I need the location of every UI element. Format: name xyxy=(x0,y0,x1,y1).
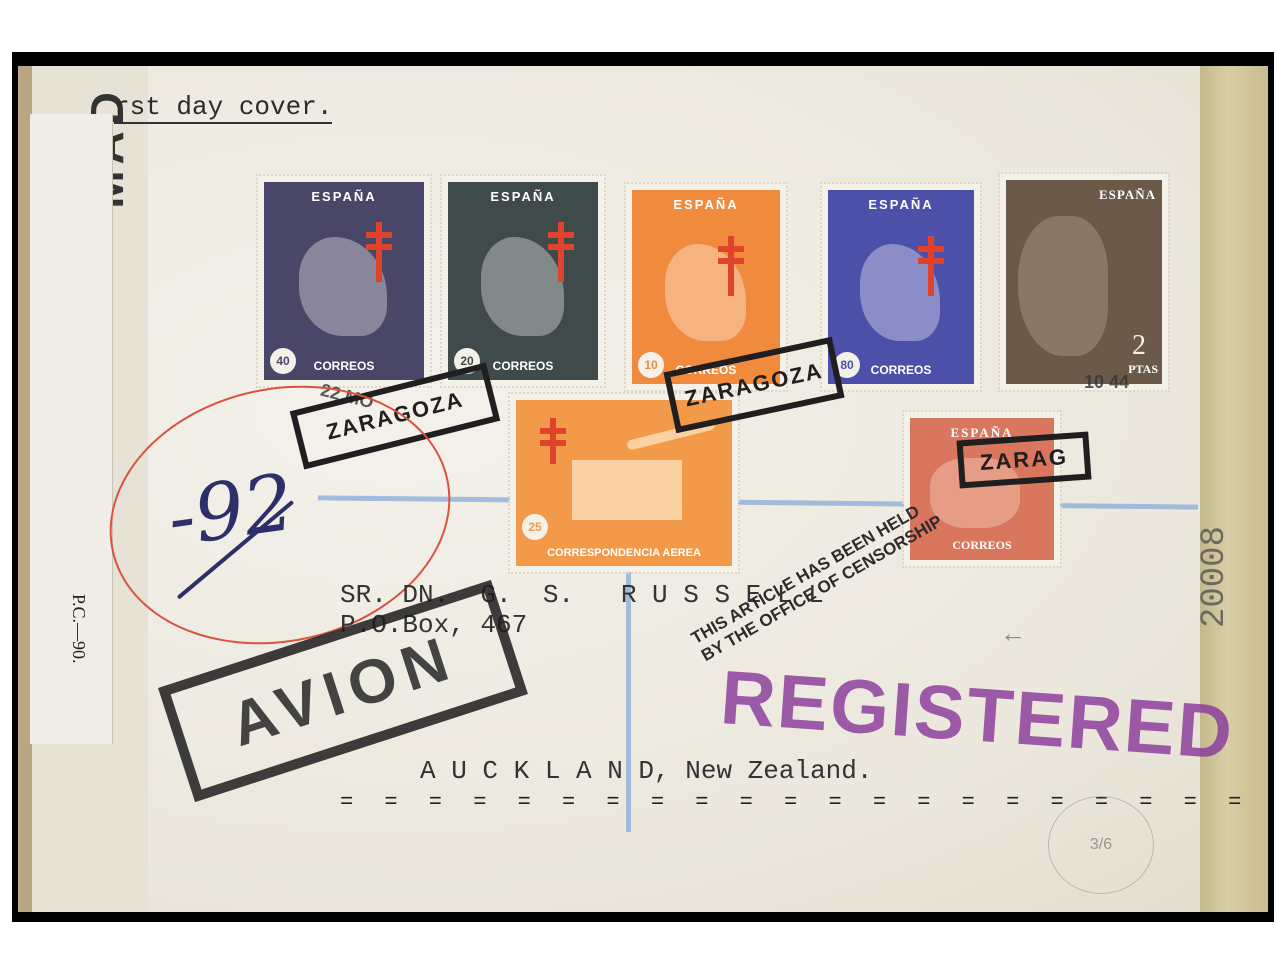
censor-tape-number: 20008 xyxy=(1196,526,1234,628)
censor-label-code: P.C.—90. xyxy=(68,594,89,664)
stamp-40c: ESPAÑA CORREOS 40 xyxy=(258,176,430,386)
stamp-80c: ESPAÑA CORREOS 80 xyxy=(822,184,980,390)
postmark-box-3: ZARAG xyxy=(956,431,1091,488)
censor-tape-right: 20008 xyxy=(1200,66,1268,912)
stamp-20c: ESPAÑA CORREOS 20 xyxy=(442,176,604,386)
censor-label-slip: P.C.—90. xyxy=(30,114,113,744)
lorraine-cross-icon xyxy=(376,222,382,282)
lorraine-cross-icon xyxy=(550,418,556,464)
postal-cover: MAD P.C.—90. 20008 rst day cover. ESPAÑA… xyxy=(18,66,1268,912)
portrait xyxy=(1018,216,1108,356)
lorraine-cross-icon xyxy=(728,236,734,296)
lorraine-cross-icon xyxy=(558,222,564,282)
pencil-note: 3/6 xyxy=(1048,796,1154,894)
typed-header-note: rst day cover. xyxy=(114,92,332,124)
stamp-2-pesetas-franco: ESPAÑA PTAS 2 xyxy=(1000,174,1168,390)
pencil-arrow-icon: ← xyxy=(1000,618,1026,649)
lorraine-cross-icon xyxy=(928,236,934,296)
postmark-date-2: 10 44 xyxy=(1084,372,1129,393)
building xyxy=(572,460,682,520)
address-line-city: A U C K L A N D, New Zealand. xyxy=(420,756,872,786)
